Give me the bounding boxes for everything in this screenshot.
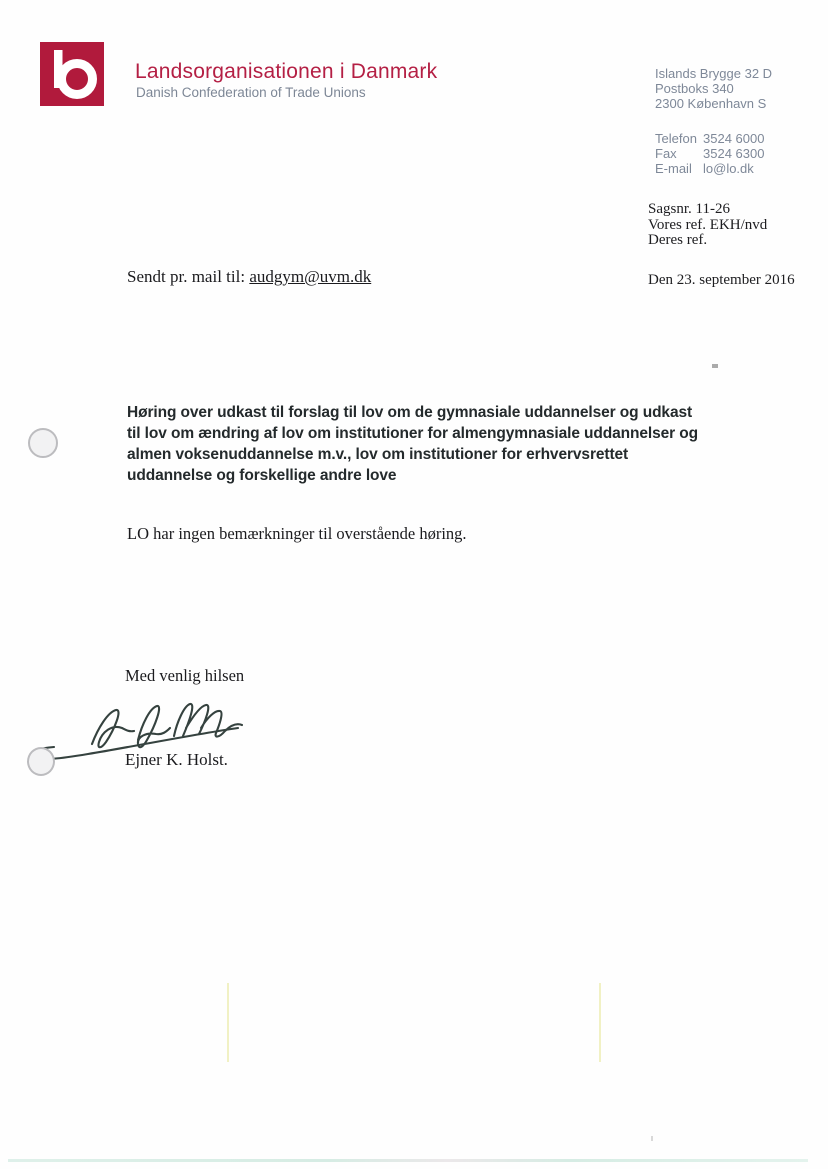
phone-row: Telefon 3524 6000	[655, 131, 772, 146]
sent-via-label: Sendt pr. mail til:	[127, 267, 249, 286]
hole-punch-bottom	[27, 747, 55, 776]
our-ref: Vores ref. EKH/nvd	[648, 218, 767, 234]
email-value: lo@lo.dk	[703, 161, 754, 176]
scan-bottom-edge-line	[8, 1159, 808, 1162]
signer-name: Ejner K. Holst.	[125, 750, 228, 770]
fax-label: Fax	[655, 146, 703, 161]
scan-yellow-line	[227, 983, 229, 1062]
email-row: E-mail lo@lo.dk	[655, 161, 772, 176]
address-line: 2300 København S	[655, 96, 772, 111]
scan-speck	[651, 1136, 653, 1141]
email-label: E-mail	[655, 161, 703, 176]
your-ref: Deres ref.	[648, 233, 767, 249]
scanned-letter-page: Landsorganisationen i Danmark Danish Con…	[0, 0, 828, 1169]
sent-via-line: Sendt pr. mail til: audgym@uvm.dk	[127, 267, 371, 287]
subject-line: almen voksenuddannelse m.v., lov om inst…	[127, 444, 698, 465]
address-line: Islands Brygge 32 D	[655, 66, 772, 81]
subject-line: Høring over udkast til forslag til lov o…	[127, 402, 698, 423]
case-number: Sagsnr. 11-26	[648, 202, 767, 218]
contact-block: Islands Brygge 32 D Postboks 340 2300 Kø…	[655, 66, 772, 176]
fax-value: 3524 6300	[703, 146, 764, 161]
org-subtitle: Danish Confederation of Trade Unions	[136, 85, 366, 100]
lo-logo	[40, 42, 104, 106]
phone-value: 3524 6000	[703, 131, 764, 146]
letter-date: Den 23. september 2016	[648, 272, 795, 289]
phone-label: Telefon	[655, 131, 703, 146]
scan-yellow-line	[599, 983, 601, 1062]
body-paragraph: LO har ingen bemærkninger til overståend…	[127, 524, 467, 544]
recipient-email: audgym@uvm.dk	[249, 267, 371, 286]
subject-line: til lov om ændring af lov om institution…	[127, 423, 698, 444]
fax-row: Fax 3524 6300	[655, 146, 772, 161]
address-line: Postboks 340	[655, 81, 772, 96]
org-name: Landsorganisationen i Danmark	[135, 60, 437, 84]
subject-heading: Høring over udkast til forslag til lov o…	[127, 402, 698, 486]
reference-block: Sagsnr. 11-26 Vores ref. EKH/nvd Deres r…	[648, 202, 767, 249]
hole-punch-top	[28, 428, 58, 458]
spacer	[655, 111, 772, 131]
subject-line: uddannelse og forskellige andre love	[127, 465, 698, 486]
lo-logo-icon	[40, 42, 104, 106]
closing-line: Med venlig hilsen	[125, 666, 244, 686]
scan-speck	[712, 364, 718, 368]
